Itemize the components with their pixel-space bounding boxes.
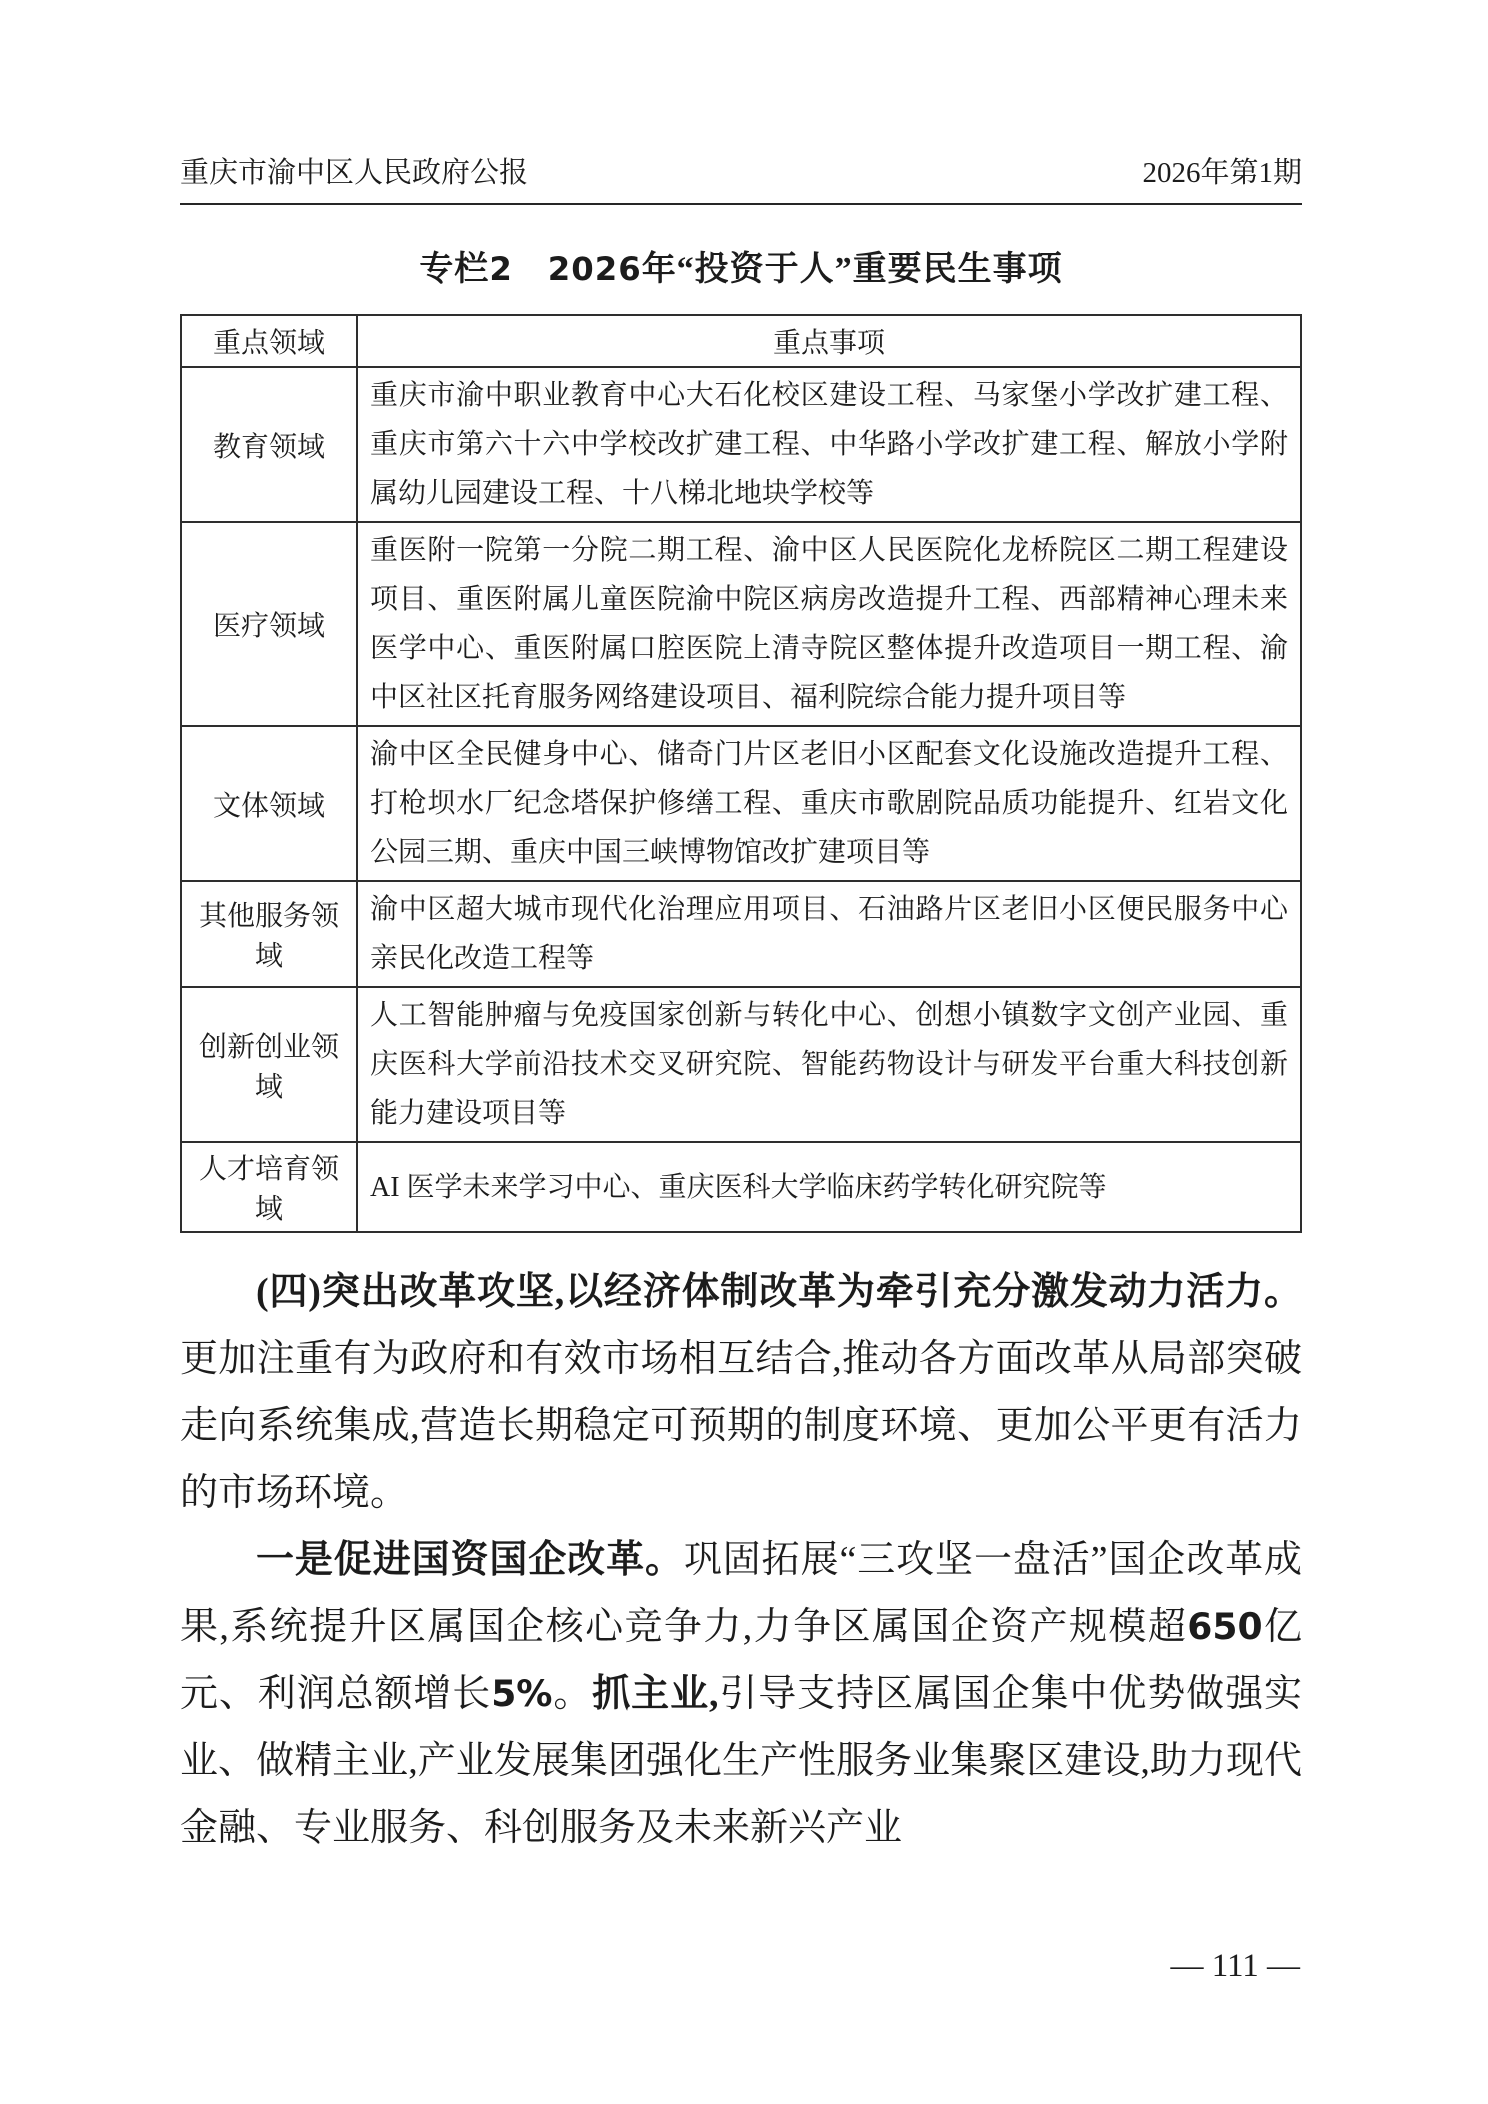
row-area-label: 医疗领域 [181,522,357,726]
row-items-text: 人工智能肿瘤与免疫国家创新与转化中心、创想小镇数字文创产业园、重庆医科大学前沿技… [357,987,1301,1142]
table-header-row: 重点领域 重点事项 [181,315,1301,367]
table-row-other-services: 其他服务领域 渝中区超大城市现代化治理应用项目、石油路片区老旧小区便民服务中心亲… [181,881,1301,987]
table-row-education: 教育领域 重庆市渝中职业教育中心大石化校区建设工程、马家堡小学改扩建工程、重庆市… [181,367,1301,522]
row-items-text: AI 医学未来学习中心、重庆医科大学临床药学转化研究院等 [357,1142,1301,1232]
row-area-label: 创新创业领域 [181,987,357,1142]
column-header-items: 重点事项 [357,315,1301,367]
row-items-text: 渝中区超大城市现代化治理应用项目、石油路片区老旧小区便民服务中心亲民化改造工程等 [357,881,1301,987]
table-row-medical: 医疗领域 重医附一院第一分院二期工程、渝中区人民医院化龙桥院区二期工程建设项目、… [181,522,1301,726]
box-title: 专栏2 2026年“投资于人”重要民生事项 [180,241,1302,290]
paragraph-reform-overview: (四)突出改革攻坚,以经济体制改革为牵引充分激发动力活力。更加注重有为政府和有效… [180,1259,1302,1527]
page-content: 重庆市渝中区人民政府公报 2026年第1期 专栏2 2026年“投资于人”重要民… [180,0,1302,1985]
row-area-label: 其他服务领域 [181,881,357,987]
row-area-label: 人才培育领域 [181,1142,357,1232]
row-area-label: 教育领域 [181,367,357,522]
key-livelihood-projects-table: 重点领域 重点事项 教育领域 重庆市渝中职业教育中心大石化校区建设工程、马家堡小… [180,314,1302,1233]
row-items-text: 渝中区全民健身中心、储奇门片区老旧小区配套文化设施改造提升工程、打枪坝水厂纪念塔… [357,726,1301,881]
page-number: — 111 — [180,1948,1302,1985]
row-area-label: 文体领域 [181,726,357,881]
header-issue-label: 2026年第1期 [1142,150,1302,191]
table-row-talent: 人才培育领域 AI 医学未来学习中心、重庆医科大学临床药学转化研究院等 [181,1142,1301,1232]
header-publication-title: 重庆市渝中区人民政府公报 [180,150,528,191]
column-header-area: 重点领域 [181,315,357,367]
table-row-culture-sports: 文体领域 渝中区全民健身中心、储奇门片区老旧小区配套文化设施改造提升工程、打枪坝… [181,726,1301,881]
row-items-text: 重庆市渝中职业教育中心大石化校区建设工程、马家堡小学改扩建工程、重庆市第六十六中… [357,367,1301,522]
gazette-page: 重庆市渝中区人民政府公报 2026年第1期 专栏2 2026年“投资于人”重要民… [0,0,1488,1985]
row-items-text: 重医附一院第一分院二期工程、渝中区人民医院化龙桥院区二期工程建设项目、重医附属儿… [357,522,1301,726]
paragraph-soe-reform: 一是促进国资国企改革。巩固拓展“三攻坚一盘活”国企改革成果,系统提升区属国企核心… [180,1527,1302,1862]
page-header: 重庆市渝中区人民政府公报 2026年第1期 [180,0,1302,205]
table-row-innovation: 创新创业领域 人工智能肿瘤与免疫国家创新与转化中心、创想小镇数字文创产业园、重庆… [181,987,1301,1142]
